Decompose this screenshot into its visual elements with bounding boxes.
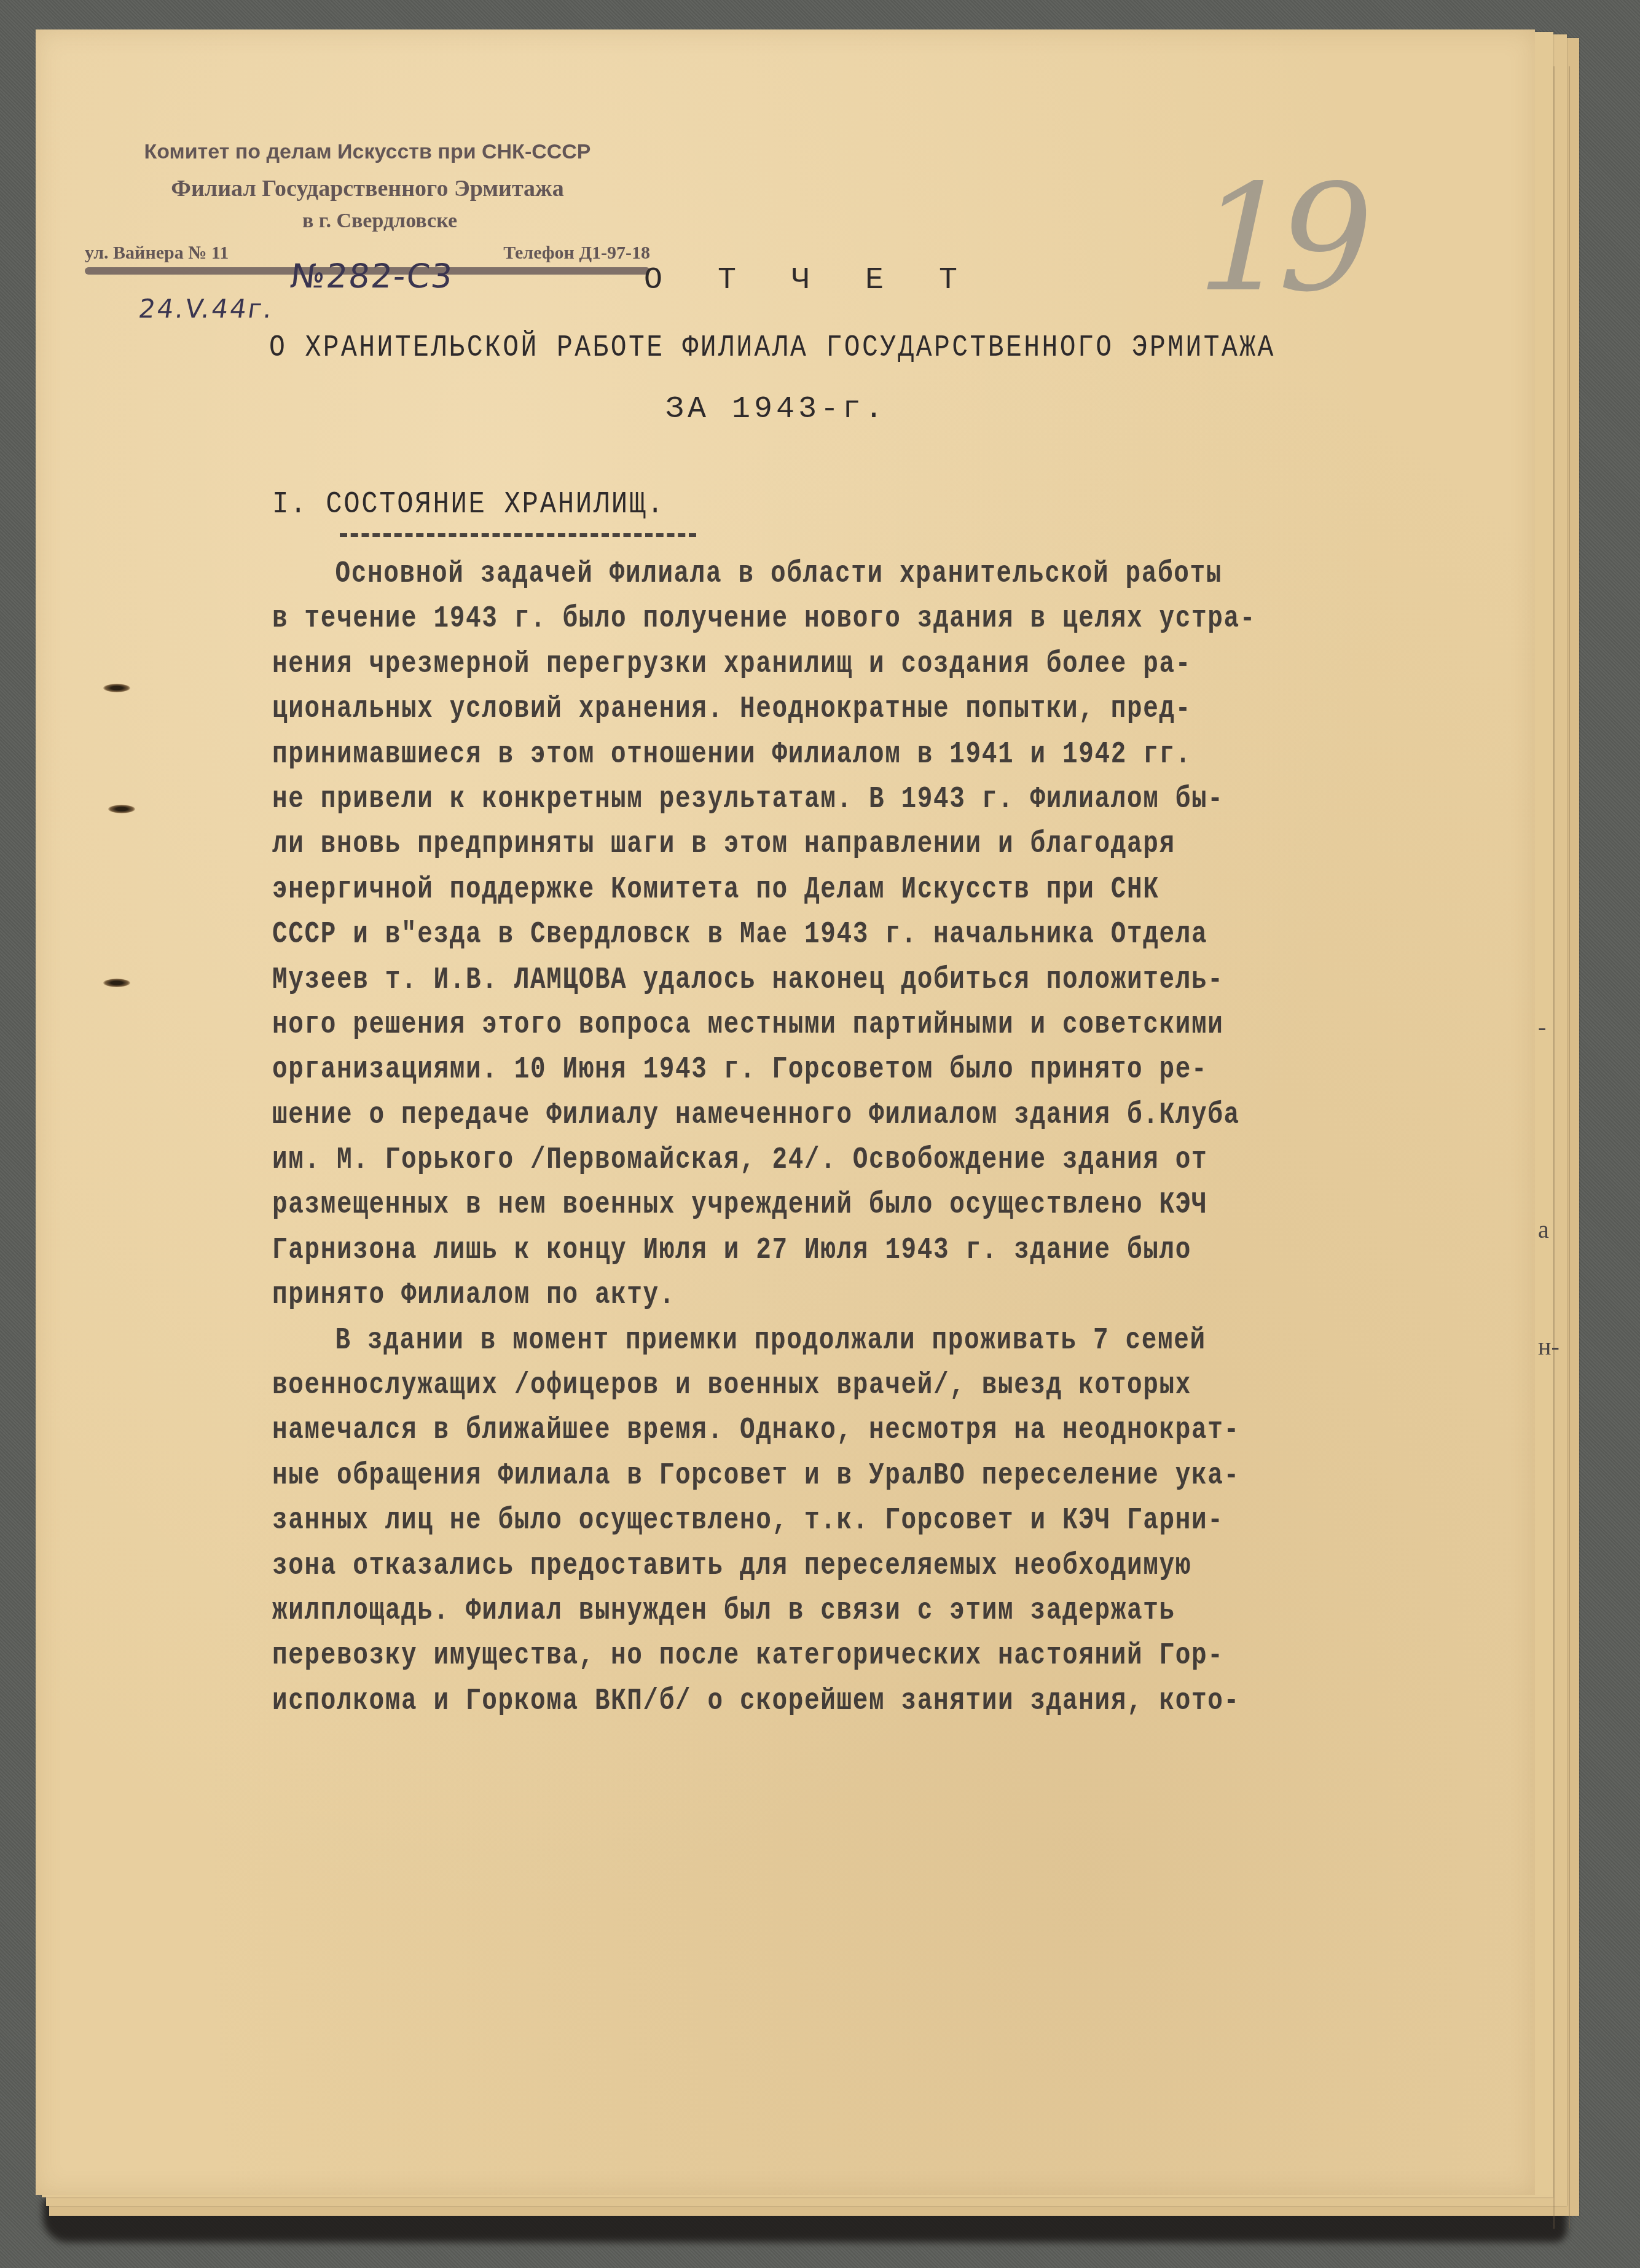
stamp-city: в г. Свердловске xyxy=(85,209,650,233)
body-line: ли вновь предприняты шаги в этом направл… xyxy=(272,822,1351,867)
section-underline xyxy=(340,533,696,537)
document-page: Комитет по делам Искусств при СНК-СССР Ф… xyxy=(36,29,1535,2195)
document-title: О ХРАНИТЕЛЬСКОЙ РАБОТЕ ФИЛИАЛА ГОСУДАРСТ… xyxy=(269,330,1276,366)
body-line: циональных условий хранения. Неоднократн… xyxy=(272,687,1351,732)
body-text: Основной задачей Филиала в области храни… xyxy=(272,552,1587,1724)
body-line: им. М. Горького /Первомайская, 24/. Осво… xyxy=(272,1138,1351,1183)
body-line: В здании в момент приемки продолжали про… xyxy=(272,1318,1351,1363)
stamp-branch: Филиал Государственного Эрмитажа xyxy=(85,175,650,202)
stamp-address: ул. Вайнера № 11 xyxy=(85,243,229,264)
body-line: принимавшиеся в этом отношении Филиалом … xyxy=(272,732,1351,777)
body-line: зона отказались предоставить для пересел… xyxy=(272,1544,1351,1589)
body-line: Музеев т. И.В. ЛАМЦОВА удалось наконец д… xyxy=(272,958,1351,1003)
stamp-committee: Комитет по делам Искусств при СНК-СССР xyxy=(85,140,650,164)
body-line: исполкома и Горкома ВКП/б/ о скорейшем з… xyxy=(272,1679,1351,1724)
section-heading: I. СОСТОЯНИЕ ХРАНИЛИЩ. xyxy=(272,487,665,522)
document-subtitle: ЗА 1943-г. xyxy=(665,392,887,427)
punch-hole xyxy=(103,979,130,987)
margin-mark: а xyxy=(1538,1215,1549,1244)
margin-mark: - xyxy=(1538,1012,1546,1041)
body-line: Гарнизона лишь к концу Июля и 27 Июля 19… xyxy=(272,1228,1351,1273)
body-line: СССР и в"езда в Свердловск в Мае 1943 г.… xyxy=(272,912,1351,957)
body-line: ного решения этого вопроса местными парт… xyxy=(272,1003,1351,1047)
margin-mark: н- xyxy=(1538,1332,1560,1361)
document-type: О Т Ч Е Т xyxy=(644,263,976,298)
punch-hole xyxy=(103,684,130,692)
stamp-phone: Телефон Д1-97-18 xyxy=(503,243,650,264)
body-line: жилплощадь. Филиал вынужден был в связи … xyxy=(272,1589,1351,1633)
body-line: нения чрезмерной перегрузки хранилищ и с… xyxy=(272,642,1351,687)
registration-date: 24.V.44г. xyxy=(137,294,276,324)
body-line: занных лиц не было осуществлено, т.к. Го… xyxy=(272,1498,1351,1543)
registration-number: №282-С3 xyxy=(289,257,455,295)
body-line: не привели к конкретным результатам. В 1… xyxy=(272,777,1351,822)
body-line: энергичной поддержке Комитета по Делам И… xyxy=(272,867,1351,912)
body-line: принято Филиалом по акту. xyxy=(272,1273,1351,1318)
body-line: организациями. 10 Июня 1943 г. Горсовето… xyxy=(272,1047,1351,1092)
institution-stamp: Комитет по делам Искусств при СНК-СССР Ф… xyxy=(85,140,650,275)
body-line: размещенных в нем военных учреждений был… xyxy=(272,1183,1351,1227)
punch-hole xyxy=(108,805,135,813)
body-line: военнослужащих /офицеров и военных враче… xyxy=(272,1363,1351,1408)
body-line: перевозку имущества, но после категориче… xyxy=(272,1633,1351,1678)
body-line: ные обращения Филиала в Горсовет и в Ура… xyxy=(272,1453,1351,1498)
pencil-page-number: 19 xyxy=(1179,152,1378,324)
body-line: Основной задачей Филиала в области храни… xyxy=(272,552,1351,596)
body-line: намечался в ближайшее время. Однако, нес… xyxy=(272,1408,1351,1453)
body-line: в течение 1943 г. было получение нового … xyxy=(272,596,1351,641)
body-line: шение о передаче Филиалу намеченного Фил… xyxy=(272,1093,1351,1138)
